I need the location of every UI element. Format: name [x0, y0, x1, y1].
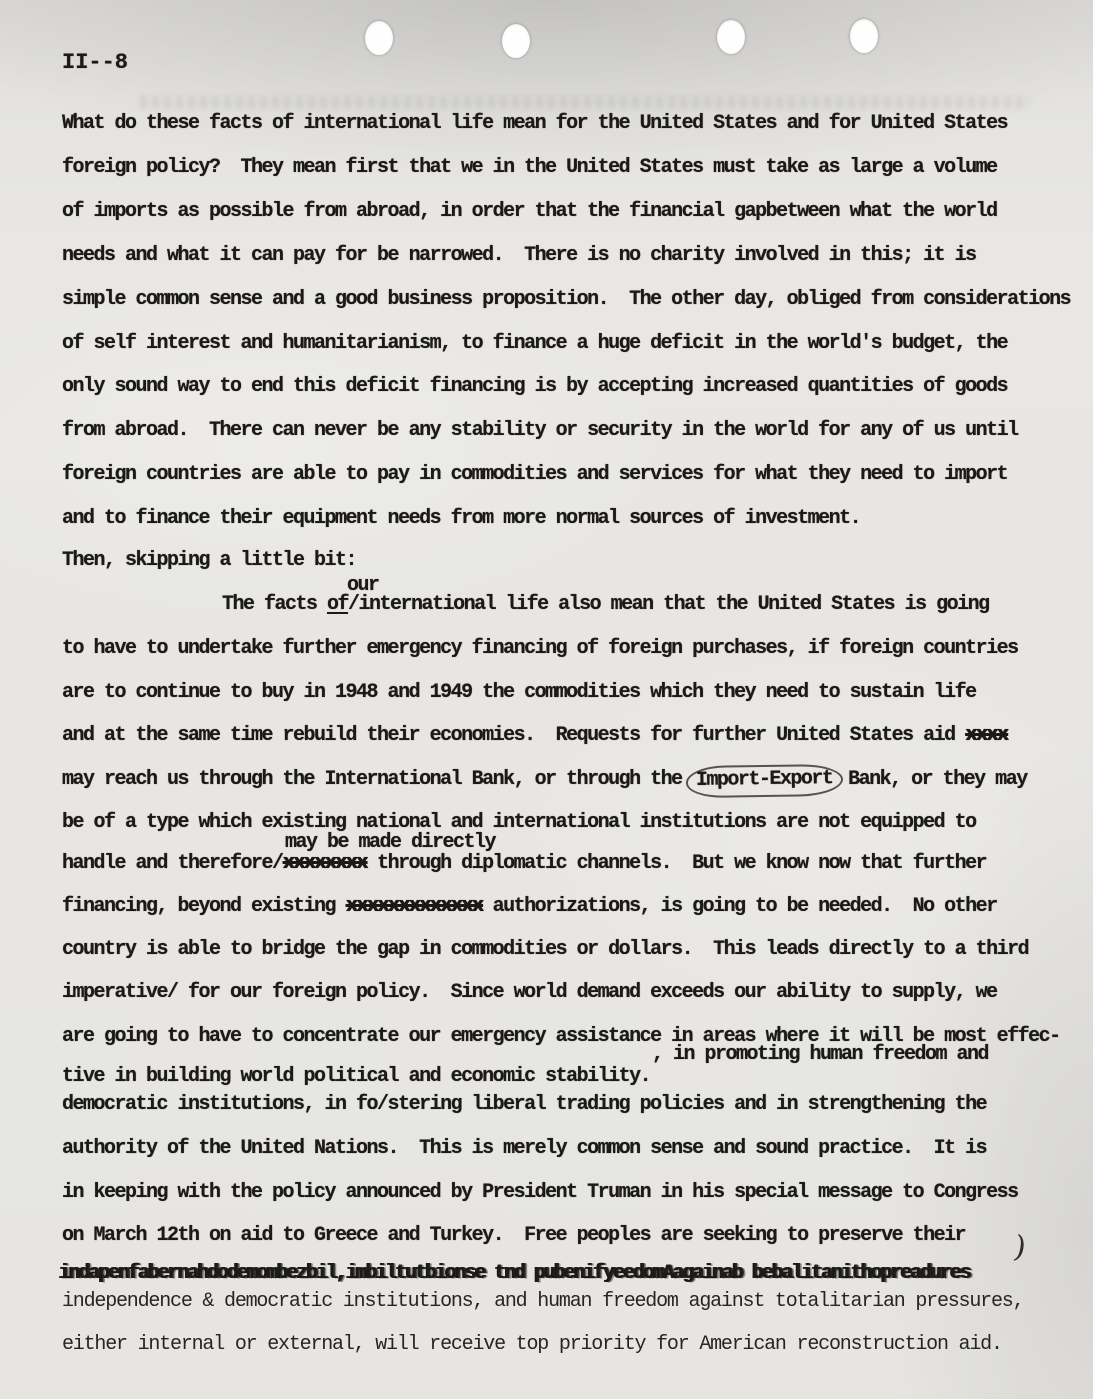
text-segment: /international life also mean that the U… — [348, 593, 989, 616]
text-line: and to finance their equipment needs fro… — [62, 507, 860, 531]
text-line: What do these facts of international lif… — [62, 112, 1007, 136]
text-line: of imports as possible from abroad, in o… — [62, 200, 997, 224]
text-line: from abroad. There can never be any stab… — [62, 419, 1018, 443]
struck-out-text: xxxxxxxx — [283, 852, 367, 875]
text-line: foreign countries are able to pay in com… — [62, 463, 1007, 487]
text-line: foreign policy? They mean first that we … — [62, 156, 997, 180]
text-line: Then, skipping a little bit: — [62, 549, 356, 573]
text-line: to have to undertake further emergency f… — [62, 637, 1018, 661]
page-number: II--8 — [62, 50, 128, 75]
text-segment: and at the same time rebuild their econo… — [62, 724, 965, 747]
text-line: needs and what it can pay for be narrowe… — [62, 244, 976, 268]
text-line: may reach us through the International B… — [62, 768, 1027, 794]
text-line: country is able to bridge the gap in com… — [62, 938, 1028, 962]
text-line: imperative/ for our foreign policy. Sinc… — [62, 981, 997, 1005]
text-segment: may reach us through the International B… — [62, 768, 692, 791]
circled-annotation-text: Import-Export — [686, 764, 843, 798]
punch-hole — [717, 20, 745, 54]
punch-hole — [365, 21, 393, 55]
text-segment: through diplomatic channels. But we know… — [367, 852, 987, 875]
ink-smudge-ghost-line — [140, 96, 1030, 109]
text-segment: authorizations, is going to be needed. N… — [482, 895, 997, 918]
text-line: democratic institutions, in fo/stering l… — [62, 1093, 986, 1117]
text-line: independence & democratic institutions, … — [62, 1290, 1023, 1314]
text-line: either internal or external, will receiv… — [62, 1333, 1002, 1357]
text-line: are to continue to buy in 1948 and 1949 … — [62, 681, 976, 705]
text-line: handle and therefore/xxxxxxxx through di… — [62, 852, 986, 876]
inserted-text: , in promoting human freedom and — [652, 1043, 988, 1067]
struck-out-text: xxxx — [965, 724, 1007, 747]
handwritten-paren-mark: ) — [1011, 1229, 1029, 1266]
text-line: and at the same time rebuild their econo… — [62, 724, 1007, 748]
text-segment: handle and therefore/ — [62, 852, 283, 875]
text-segment: The facts — [222, 593, 327, 616]
text-line: in keeping with the policy announced by … — [62, 1181, 1018, 1205]
text-line: authority of the United Nations. This is… — [62, 1137, 986, 1161]
text-segment: financing, beyond existing — [62, 895, 346, 918]
text-segment: Bank, or they may — [838, 768, 1027, 791]
struck-out-text: xxxxxxxxxxxxx — [346, 895, 483, 918]
text-line: financing, beyond existing xxxxxxxxxxxxx… — [62, 895, 997, 919]
text-line: of self interest and humanitarianism, to… — [62, 332, 1007, 356]
text-line: The facts of/international life also mea… — [222, 593, 989, 617]
underlined-text: of — [327, 593, 348, 616]
text-line: only sound way to end this deficit finan… — [62, 375, 1007, 399]
text-line: simple common sense and a good business … — [62, 288, 1070, 312]
punch-hole — [502, 24, 530, 58]
text-line: be of a type which existing national and… — [62, 811, 976, 835]
punch-hole — [850, 19, 878, 53]
text-line: on March 12th on aid to Greece and Turke… — [62, 1224, 965, 1248]
document-page: II--8 What do these facts of internation… — [0, 0, 1093, 1399]
overstruck-text-line: indapenfabernahdodemombezbil,imbiltutbio… — [58, 1262, 969, 1286]
text-line: tive in building world political and eco… — [62, 1065, 650, 1089]
